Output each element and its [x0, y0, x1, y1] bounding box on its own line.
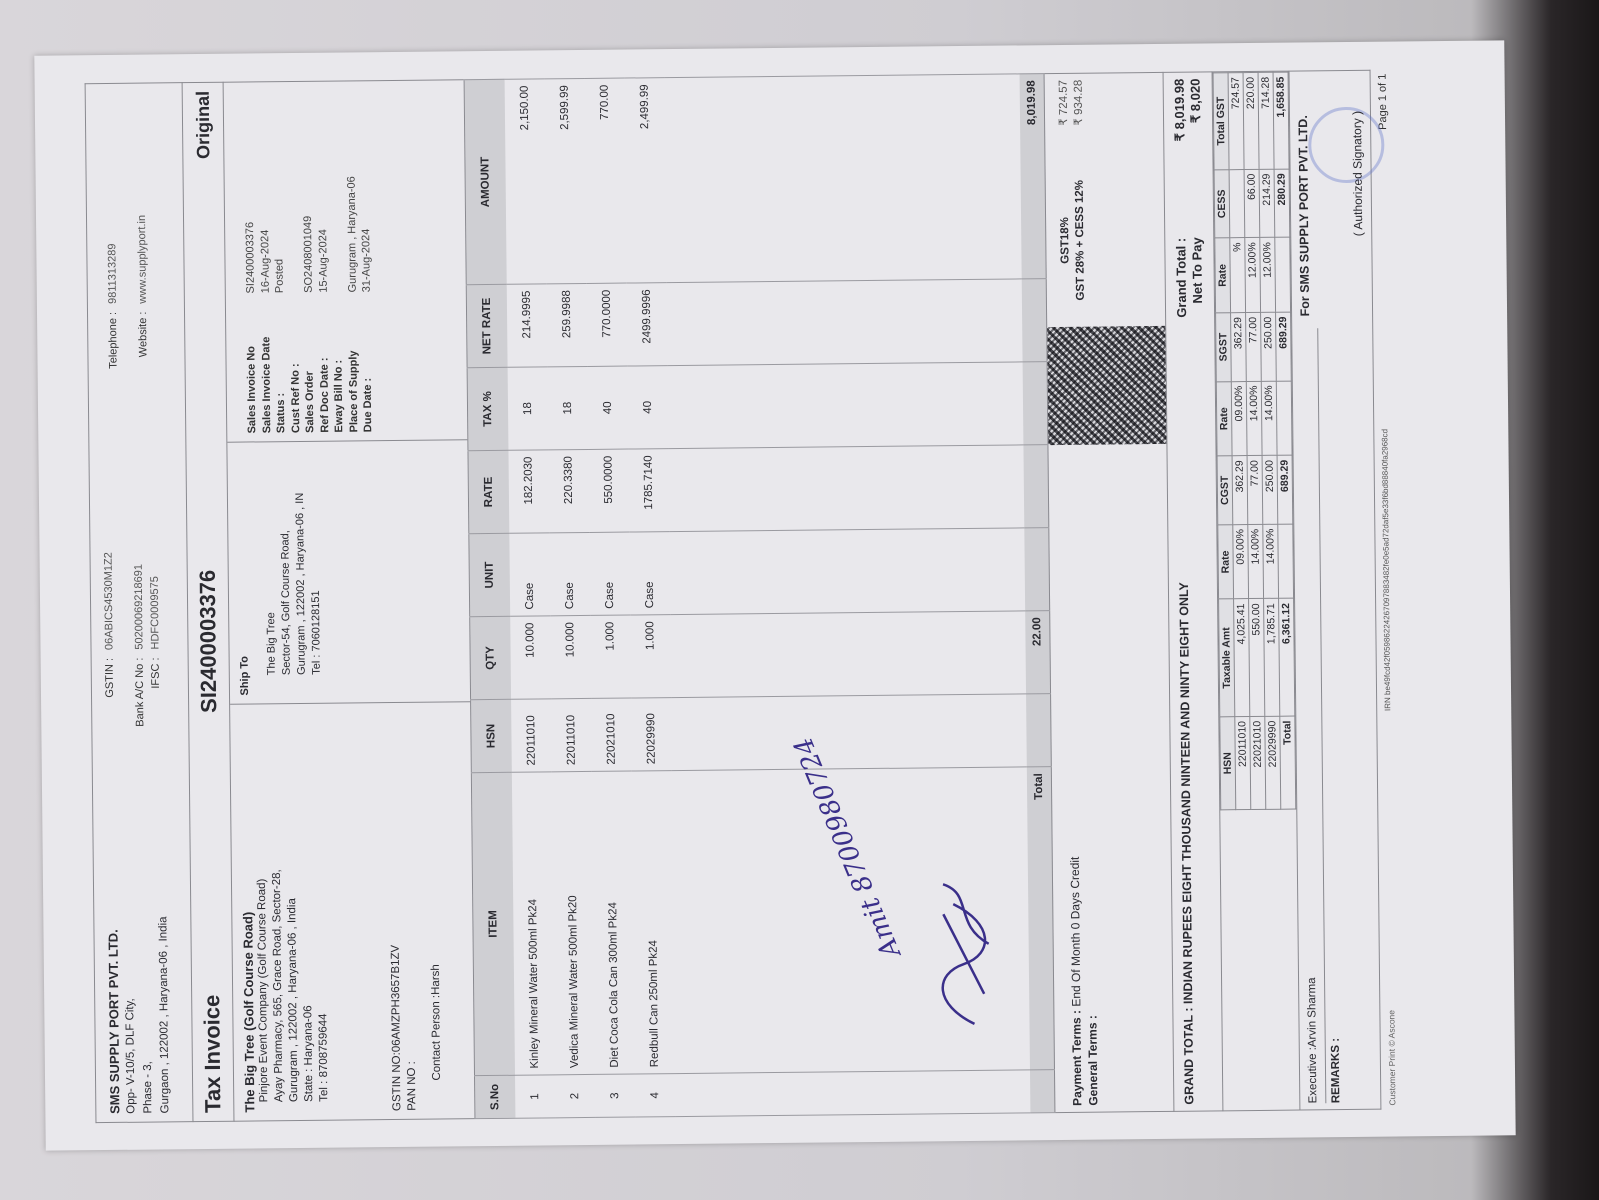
customer-tel: Tel : 8708759644 — [313, 711, 332, 1101]
telephone: 9811313289 — [97, 243, 128, 304]
meta-value: 31-Aug-2024 — [359, 176, 375, 292]
hsn-cell: 09.00% — [1233, 524, 1249, 599]
document-title: Tax Invoice — [196, 712, 226, 1112]
hsn-cell: 1,785.71 — [1264, 598, 1280, 716]
remarks-label: REMARKS : — [1317, 328, 1344, 1103]
cell-net-rate: 770.0000 — [587, 283, 628, 366]
hsn-cell: 250.00 — [1261, 312, 1277, 381]
cell-tax: 40 — [588, 366, 629, 449]
hsn-cell: 362.29 — [1232, 455, 1248, 524]
gst-breakup: GST18% GST 28% + CESS 12% ₹ 724.57 ₹ 934… — [1045, 72, 1166, 326]
hsn-cell: 714.28 — [1258, 72, 1274, 169]
hsn-cell: 220.00 — [1243, 72, 1259, 169]
bill-to: The Big Tree (Golf Course Road) Pinjore … — [230, 701, 474, 1120]
hsn-cell: 14.00% — [1261, 380, 1277, 455]
cell-unit: Case — [549, 532, 590, 615]
hsn-col: CESS — [1214, 169, 1230, 238]
hsn-col: Rate — [1218, 524, 1234, 599]
hsn-cell: 250.00 — [1262, 455, 1278, 524]
ship-to-header: Ship To — [235, 450, 253, 695]
total-label: Total — [1027, 766, 1055, 1069]
cell-item: Redbull Can 250ml Pk24 — [632, 770, 675, 1073]
handwritten-signature-icon — [913, 873, 1005, 1034]
meta-label: Ref Doc Date : — [316, 292, 332, 432]
bank-account: 50200069218691 — [131, 563, 148, 649]
hsn-total-cell: 1,658.85 — [1273, 72, 1289, 169]
col-hsn: HSN — [471, 699, 512, 772]
meta-label: Status : — [273, 293, 289, 433]
cell-sno: 3 — [595, 1073, 635, 1116]
gst-line: GST18% — [1057, 159, 1074, 320]
meta-value: 16-Aug-2024 — [257, 177, 273, 293]
meta-value — [286, 176, 302, 292]
gstin-label: GSTIN : — [102, 649, 119, 767]
cell-rate: 182.2030 — [508, 449, 549, 532]
website-label: Website : — [128, 303, 159, 421]
cell-net-rate: 2499.9996 — [627, 282, 668, 365]
cell-amount: 2,150.00 — [505, 78, 547, 283]
cell-amount: 2,499.99 — [625, 77, 667, 282]
cell-unit: Case — [589, 532, 630, 615]
amount-in-words: GRAND TOTAL : INDIAN RUPEES EIGHT THOUSA… — [1166, 323, 1222, 1110]
total-amount: 8,019.98 — [1020, 73, 1047, 278]
telephone-label: Telephone : — [98, 303, 129, 421]
hsn-cell — [1229, 169, 1245, 238]
cell-hsn: 22011010 — [511, 698, 552, 771]
meta-label: Cust Ref No : — [287, 292, 303, 432]
cell-rate: 1785.7140 — [628, 448, 669, 531]
cell-amount: 770.00 — [585, 78, 627, 283]
col-item: ITEM — [471, 772, 515, 1075]
meta-label: Sales Invoice Date — [258, 293, 274, 433]
hsn-cell: 66.00 — [1244, 169, 1260, 238]
cell-sno: 1 — [515, 1074, 555, 1117]
company-address-line: Gurgaon , 122002 , Haryana-06 , India — [154, 783, 174, 1113]
meta-label: Eway Bill No : — [331, 292, 347, 432]
cell-tax: 18 — [548, 366, 589, 449]
invoice-number: SI2400003376 — [190, 158, 222, 712]
cell-item: Vedica Mineral Water 500ml Pk20 — [552, 771, 595, 1074]
net-to-pay-value: ₹ 8,020 — [1188, 78, 1204, 123]
company-header: SMS SUPPLY PORT PVT. LTD. Opp- V-10/5, D… — [85, 82, 193, 1123]
invoice-meta: Sales Invoice No Sales Invoice Date Stat… — [224, 80, 468, 441]
hsn-cell: 4,025.41 — [1234, 599, 1250, 717]
payment-terms-label: Payment Terms : — [1069, 1009, 1084, 1105]
gst-line: GST 28% + CESS 12% — [1072, 159, 1089, 320]
ifsc-code: HDFC0009575 — [147, 576, 164, 650]
bank-label: Bank A/C No : — [132, 649, 149, 767]
net-to-pay-label: Net To Pay — [1189, 237, 1206, 317]
signoff-section: Executive :Arvin Sharma REMARKS : For SM… — [1290, 69, 1382, 1110]
cell-sno: 2 — [555, 1074, 595, 1117]
meta-value: Gurugram , Haryana-06 — [344, 176, 360, 292]
ship-to: Ship To The Big Tree Sector-54, Golf Cou… — [227, 439, 470, 703]
cell-net-rate: 214.9995 — [507, 283, 548, 366]
col-unit: UNIT — [469, 533, 510, 616]
col-sno: S.No — [475, 1075, 516, 1118]
hsn-total-cell: 280.29 — [1274, 168, 1290, 237]
hsn-total-cell: 689.29 — [1277, 455, 1293, 524]
col-net-rate: NET RATE — [466, 284, 507, 367]
hsn-cell: % — [1230, 237, 1246, 312]
hsn-cell: 214.29 — [1259, 168, 1275, 237]
company-gstin: 06ABICS4530M1Z2 — [101, 552, 118, 650]
meta-label: Sales Invoice No — [244, 293, 260, 433]
authorized-signatory: ( Authorized Signatory ) — [1350, 110, 1365, 236]
cell-net-rate: 259.9988 — [547, 283, 588, 366]
ifsc-label: IFSC : — [148, 649, 165, 767]
cell-hsn: 22011010 — [551, 698, 592, 771]
meta-value: SI2400003376 — [243, 177, 259, 293]
hsn-cell: 724.57 — [1228, 72, 1244, 169]
hsn-cell: 77.00 — [1247, 455, 1263, 524]
total-qty: 22.00 — [1025, 610, 1050, 693]
hsn-total-cell — [1276, 380, 1292, 455]
hsn-col: Rate — [1216, 381, 1232, 456]
cell-hsn: 22029990 — [631, 697, 672, 770]
printed-by: Customer Print © Ascone — [1386, 1009, 1399, 1105]
contact-person: Contact Person :Harsh — [426, 710, 445, 1110]
cell-tax: 18 — [508, 366, 549, 449]
hsn-col: HSN — [1220, 716, 1236, 809]
meta-value: SO2408001049 — [301, 176, 317, 292]
hsn-cell: 12.00% — [1260, 237, 1276, 312]
meta-value: Posted — [272, 176, 288, 292]
cell-tax: 40 — [628, 365, 669, 448]
cell-qty: 10.000 — [510, 615, 551, 698]
hsn-total-cell — [1278, 523, 1294, 598]
cell-qty: 1.000 — [630, 614, 671, 697]
meta-value — [330, 176, 346, 292]
hsn-col: SGST — [1216, 312, 1232, 381]
parties-section: The Big Tree (Golf Course Road) Pinjore … — [223, 79, 475, 1121]
page-number: Page 1 of 1 — [1377, 73, 1390, 129]
ship-to-line: Tel : 7060128151 — [307, 449, 324, 674]
hsn-cell: 22021010 — [1250, 716, 1266, 809]
payment-terms-value: End Of Month 0 Days Credit — [1068, 856, 1084, 1006]
qr-code-icon — [1047, 325, 1166, 444]
cell-amount: 2,599.99 — [545, 78, 587, 283]
grand-total-label: Grand Total : — [1173, 237, 1190, 317]
col-amount: AMOUNT — [464, 79, 507, 284]
irn-number: IRN be49fcd42f05986224267097883482fe0e5a… — [1380, 428, 1395, 710]
cell-rate: 220.3380 — [548, 449, 589, 532]
meta-value: 15-Aug-2024 — [315, 176, 331, 292]
meta-label: Sales Order — [302, 292, 318, 432]
hsn-cell: 22011010 — [1235, 716, 1251, 809]
for-company: For SMS SUPPLY PORT PVT. LTD. — [1296, 77, 1313, 316]
hsn-total-cell: Total — [1280, 715, 1296, 808]
hsn-summary-table: HSN Taxable Amt Rate CGST Rate SGST Rate… — [1213, 71, 1297, 810]
hsn-col: Total GST — [1213, 72, 1229, 169]
hsn-cell: 550.00 — [1249, 598, 1265, 716]
meta-label: Place of Supply — [345, 292, 361, 432]
hsn-cell: 22029990 — [1265, 716, 1281, 809]
cell-rate: 550.0000 — [588, 449, 629, 532]
hsn-total-cell: 689.29 — [1276, 312, 1292, 381]
hsn-cell: 14.00% — [1248, 524, 1264, 599]
cell-qty: 10.000 — [550, 615, 591, 698]
col-rate: RATE — [468, 450, 509, 533]
col-tax: TAX % — [467, 367, 508, 450]
copy-label: Original — [192, 90, 214, 158]
cell-qty: 1.000 — [590, 615, 631, 698]
hsn-col: Rate — [1215, 238, 1231, 313]
cell-sno: 4 — [635, 1073, 675, 1116]
hsn-summary-section: HSN Taxable Amt Rate CGST Rate SGST Rate… — [1213, 70, 1301, 1111]
cell-unit: Case — [509, 532, 550, 615]
hsn-cell: 14.00% — [1246, 381, 1262, 456]
hsn-col: Taxable Amt — [1219, 599, 1235, 717]
cell-item: Kinley Mineral Water 500ml Pk24 — [512, 771, 555, 1074]
cell-hsn: 22021010 — [591, 698, 632, 771]
cell-unit: Case — [629, 531, 670, 614]
website-link[interactable]: www.supplyport.in — [127, 214, 158, 303]
hsn-cell: 362.29 — [1231, 312, 1247, 381]
col-qty: QTY — [470, 616, 511, 699]
hsn-col: CGST — [1217, 455, 1233, 524]
hsn-cell: 14.00% — [1263, 524, 1279, 599]
invoice-sheet: SMS SUPPLY PORT PVT. LTD. Opp- V-10/5, D… — [85, 68, 1466, 1122]
gst-value: ₹ 934.28 — [1072, 79, 1088, 159]
company-stamp-icon — [1308, 106, 1385, 183]
terms-section: Payment Terms : End Of Month 0 Days Cred… — [1045, 71, 1175, 1112]
meta-label: Due Date : — [360, 292, 376, 432]
gst-value: ₹ 724.57 — [1057, 79, 1073, 159]
hsn-cell: 77.00 — [1246, 312, 1262, 381]
invoice-paper: SMS SUPPLY PORT PVT. LTD. Opp- V-10/5, D… — [34, 40, 1515, 1150]
cell-item: Diet Coca Cola Can 300ml Pk24 — [592, 771, 635, 1074]
hsn-total-cell — [1275, 237, 1291, 312]
grand-total-value: ₹ 8,019.98 — [1172, 78, 1189, 141]
hsn-cell: 12.00% — [1245, 237, 1261, 312]
hsn-cell: 09.00% — [1231, 381, 1247, 456]
hsn-total-cell: 6,361.12 — [1279, 598, 1295, 716]
